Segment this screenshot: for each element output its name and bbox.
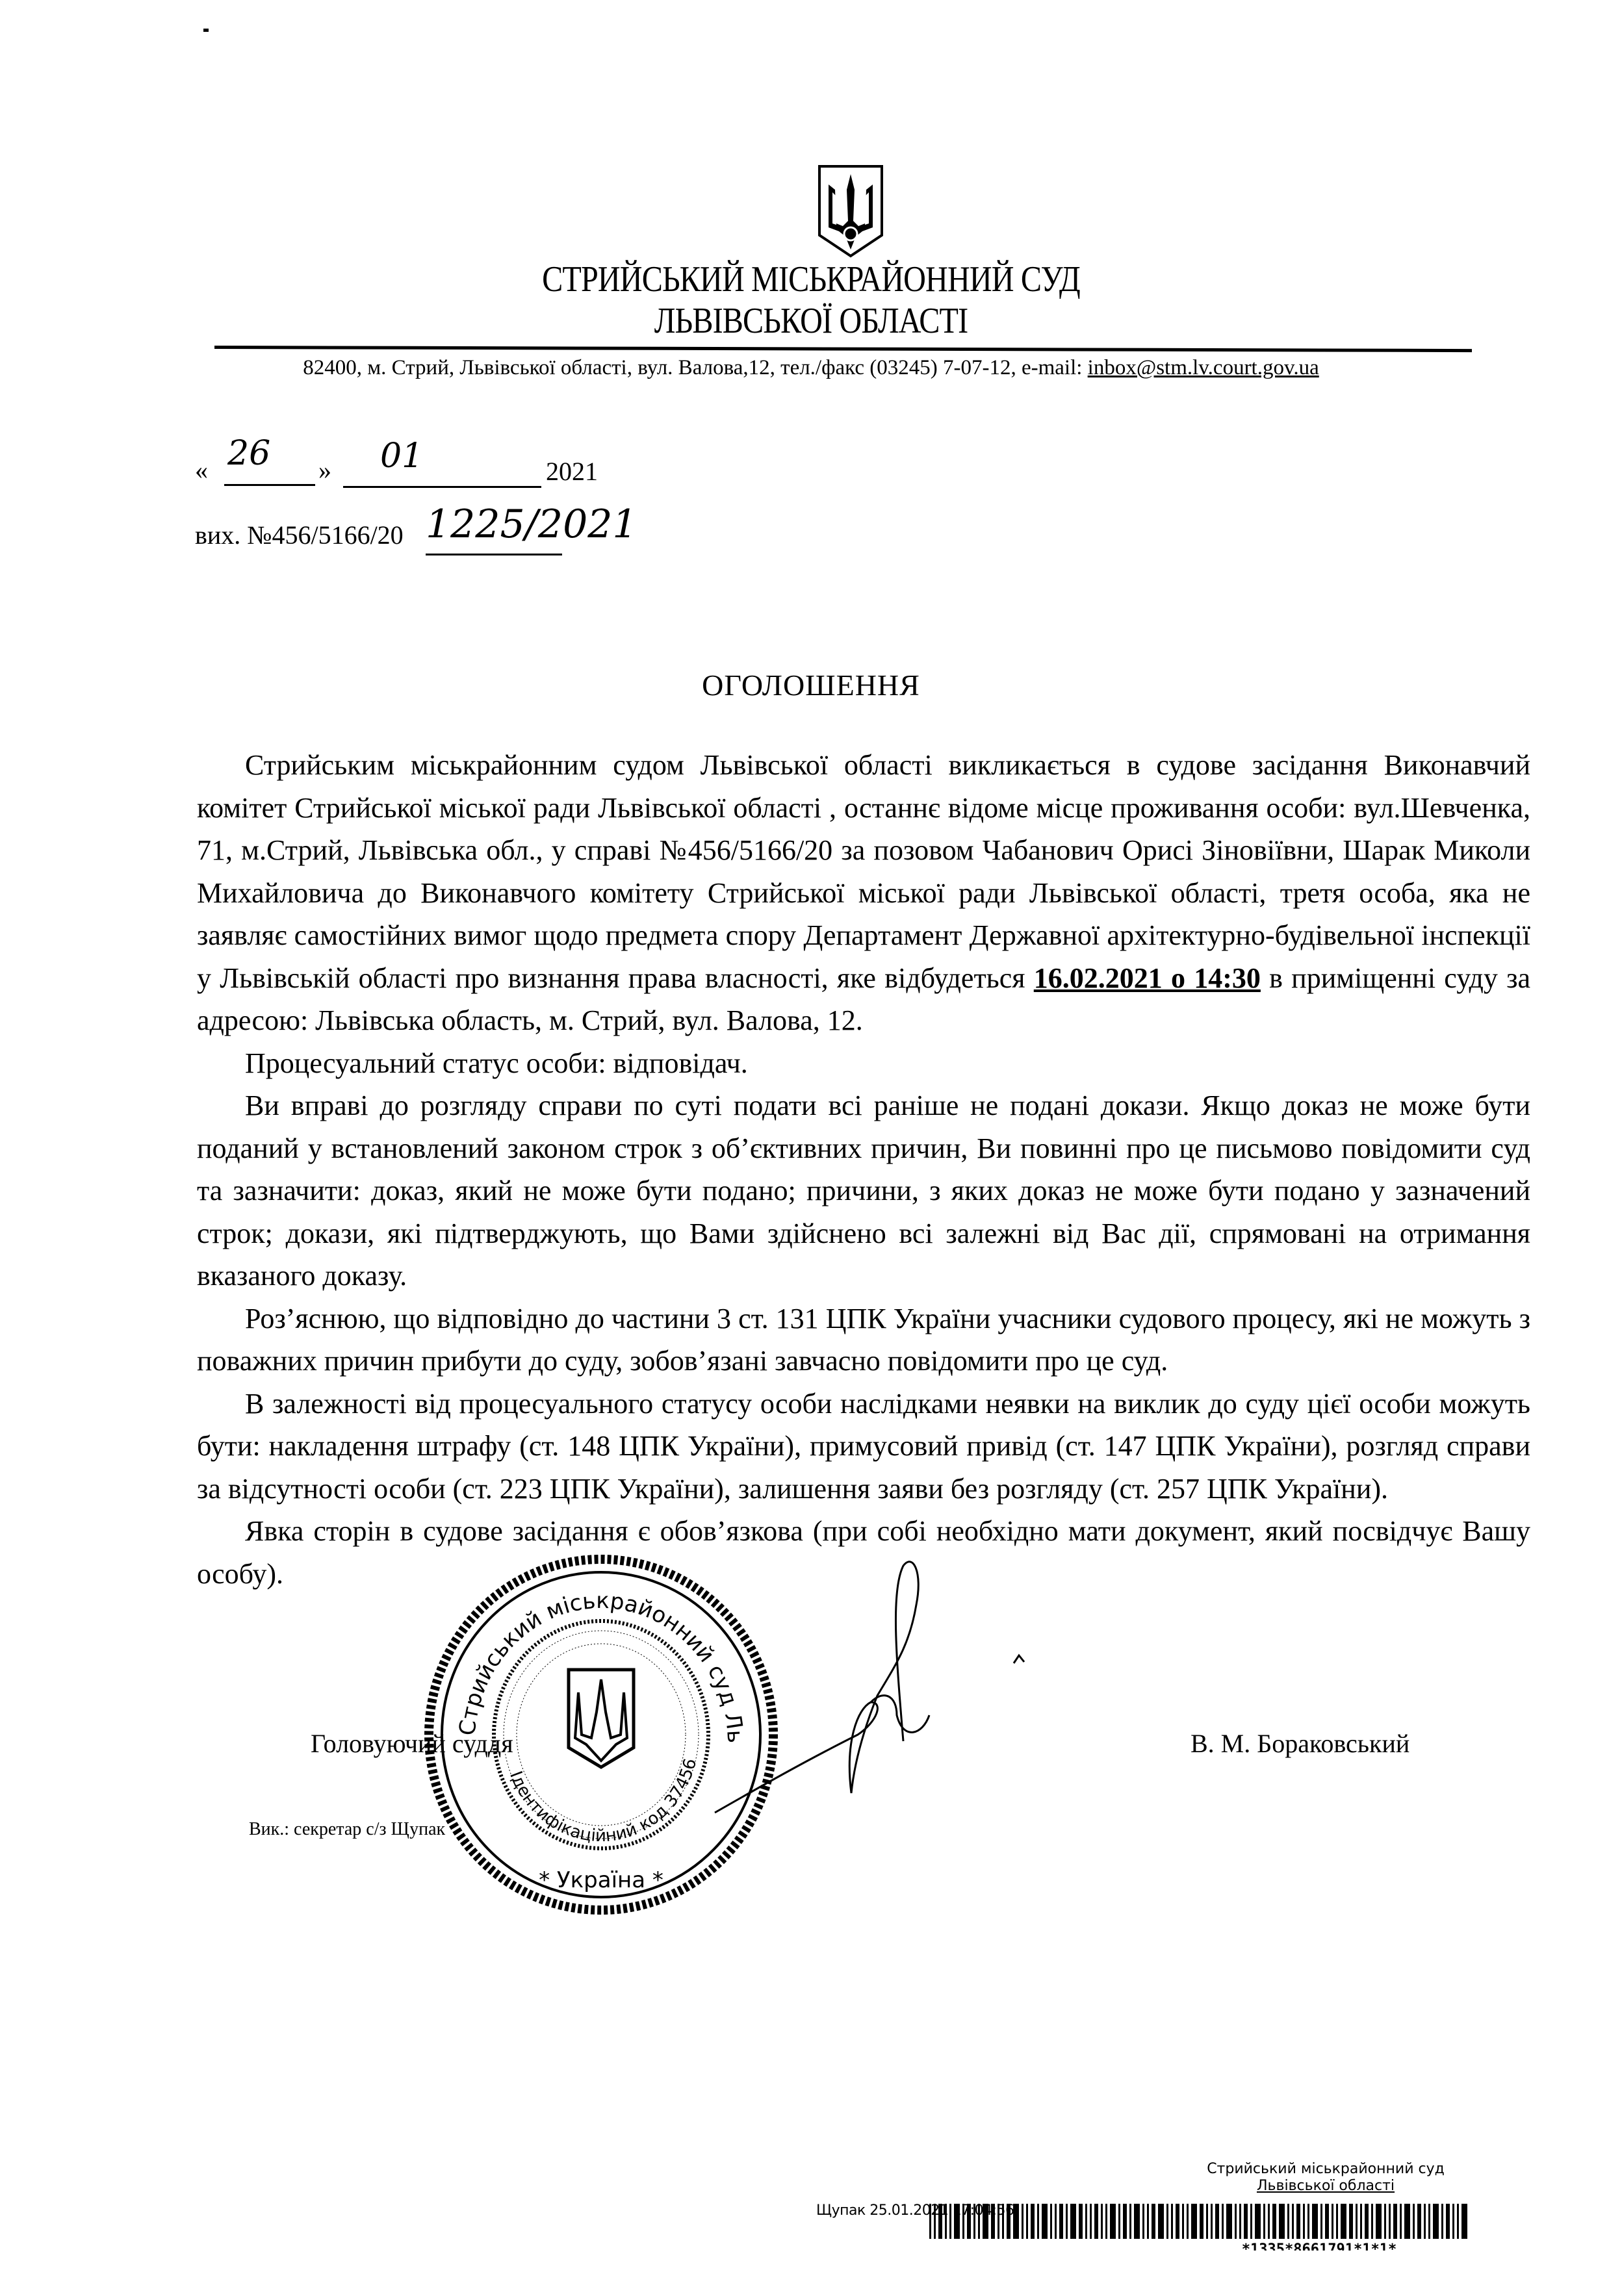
svg-text:Ідентифікаційний код 37456805: Ідентифікаційний код 37456805 bbox=[416, 1550, 701, 1846]
paragraph-consequences: В залежності від процесуального статусу … bbox=[197, 1383, 1530, 1511]
barcode-bar bbox=[1365, 2204, 1369, 2239]
barcode-bar bbox=[1371, 2204, 1373, 2239]
barcode-bar bbox=[1292, 2204, 1294, 2239]
barcode-bar bbox=[1059, 2204, 1063, 2239]
barcode-bar bbox=[1303, 2204, 1305, 2239]
handwritten-outgoing-number: 1225/2021 bbox=[426, 502, 637, 547]
barcode-bar bbox=[1134, 2204, 1140, 2239]
barcode-bar bbox=[1215, 2204, 1219, 2239]
barcode-bar bbox=[1349, 2204, 1353, 2239]
barcode-bar bbox=[945, 2204, 947, 2239]
barcode-bar bbox=[1325, 2204, 1329, 2239]
paragraph-status: Процесуальний статус особи: відповідач. bbox=[197, 1042, 1530, 1085]
barcode-bar bbox=[1147, 2204, 1149, 2239]
barcode-bar bbox=[1244, 2204, 1248, 2239]
barcode-bar bbox=[1118, 2204, 1120, 2239]
barcode-bar bbox=[1055, 2204, 1057, 2239]
barcode-bar bbox=[1142, 2204, 1144, 2239]
court-name-line1: СТРИЙСЬКИЙ МІСЬКРАЙОННИЙ СУД bbox=[114, 259, 1509, 300]
barcode-bar bbox=[1079, 2204, 1083, 2239]
barcode-bar bbox=[1105, 2204, 1107, 2239]
barcode-bar bbox=[1279, 2204, 1285, 2239]
barcode-bar bbox=[1013, 2204, 1019, 2239]
hearing-datetime: 16.02.2021 о 14:30 bbox=[1034, 962, 1261, 994]
barcode-bar bbox=[1070, 2204, 1076, 2239]
barcode-bar bbox=[991, 2204, 995, 2239]
barcode-bar bbox=[1461, 2204, 1467, 2239]
barcode-bar bbox=[1389, 2204, 1391, 2239]
barcode-bar bbox=[1211, 2204, 1213, 2239]
court-name-line2: ЛЬВІВСЬКОЇ ОБЛАСТІ bbox=[114, 300, 1509, 342]
barcode-bar bbox=[1400, 2204, 1402, 2239]
barcode-bar bbox=[1404, 2204, 1410, 2239]
open-quote: « bbox=[195, 455, 208, 485]
barcode-bar bbox=[1341, 2204, 1346, 2239]
barcode-bar bbox=[998, 2204, 999, 2239]
barcode-bar bbox=[1384, 2204, 1386, 2239]
barcode-bar bbox=[1085, 2204, 1087, 2239]
barcode-bar bbox=[1417, 2204, 1421, 2239]
barcode-bar bbox=[1452, 2204, 1454, 2239]
svg-text:* Україна *: * Україна * bbox=[539, 1867, 663, 1893]
barcode-bar bbox=[1428, 2204, 1430, 2239]
barcode-bar bbox=[1031, 2204, 1035, 2239]
barcode-bar bbox=[1050, 2204, 1052, 2239]
barcode-bar bbox=[1226, 2204, 1232, 2239]
barcode-bar bbox=[1307, 2204, 1309, 2239]
svg-text:Стрийський міськрайонний суд Л: Стрийський міськрайонний суд Львівської … bbox=[416, 1550, 748, 1744]
barcode-bar bbox=[1320, 2204, 1322, 2239]
barcode-bar bbox=[1171, 2204, 1173, 2239]
barcode-bar bbox=[1413, 2204, 1415, 2239]
barcode-bar bbox=[967, 2204, 971, 2239]
barcode-bar bbox=[1356, 2204, 1358, 2239]
barcode-bar bbox=[938, 2204, 942, 2239]
email-link[interactable]: inbox@stm.lv.court.gov.ua bbox=[1088, 356, 1319, 379]
barcode-number: *1335*8661791*1*1* bbox=[1157, 2241, 1482, 2251]
handwritten-signature bbox=[708, 1546, 1111, 1845]
barcode-bar bbox=[1191, 2204, 1197, 2239]
month-underline bbox=[343, 486, 541, 488]
barcode-bar bbox=[1206, 2204, 1208, 2239]
barcode-bar bbox=[962, 2204, 964, 2239]
paragraph-evidence: Ви вправі до розгляду справи по суті под… bbox=[197, 1084, 1530, 1297]
barcode-bar bbox=[1360, 2204, 1362, 2239]
barcode-bar bbox=[1182, 2204, 1184, 2239]
barcode-bar bbox=[1376, 2204, 1382, 2239]
barcode-bar bbox=[973, 2204, 975, 2239]
registration-barcode bbox=[929, 2204, 1514, 2239]
paragraph-explanation: Роз’яснюю, що відповідно до частини 3 ст… bbox=[197, 1297, 1530, 1383]
barcode-bar bbox=[1042, 2204, 1048, 2239]
barcode-bar bbox=[1235, 2204, 1237, 2239]
outgoing-number: вих. №456/5166/20 1225/2021 bbox=[195, 520, 780, 565]
barcode-bar bbox=[1296, 2204, 1300, 2239]
barcode-bar bbox=[1457, 2204, 1459, 2239]
document-title: ОГОЛОШЕННЯ bbox=[0, 668, 1622, 702]
scan-speck bbox=[203, 29, 209, 32]
summons-text: Стрийським міськрайонним судом Львівсько… bbox=[197, 749, 1530, 994]
barcode-bar bbox=[1129, 2204, 1131, 2239]
barcode-bar bbox=[1200, 2204, 1204, 2239]
barcode-bar bbox=[1176, 2204, 1179, 2239]
barcode-bar bbox=[1002, 2204, 1004, 2239]
registration-org: Стрийський міськрайонний суд Львівської … bbox=[1157, 2161, 1495, 2195]
barcode-bar bbox=[1007, 2204, 1011, 2239]
barcode-bar bbox=[1158, 2204, 1164, 2239]
barcode-bar bbox=[1268, 2204, 1270, 2239]
barcode-bar bbox=[1239, 2204, 1241, 2239]
barcode-bar bbox=[1187, 2204, 1189, 2239]
registration-org-line2: Львівської області bbox=[1157, 2178, 1495, 2195]
barcode-bar bbox=[1433, 2204, 1439, 2239]
barcode-bar bbox=[978, 2204, 980, 2239]
barcode-bar bbox=[1250, 2204, 1252, 2239]
barcode-bar bbox=[1166, 2204, 1168, 2239]
barcode-bar bbox=[929, 2204, 931, 2239]
outgoing-label: вих. №456/5166/20 bbox=[195, 520, 404, 550]
barcode-bar bbox=[1152, 2204, 1155, 2239]
barcode-bar bbox=[1393, 2204, 1397, 2239]
close-quote: » bbox=[318, 455, 331, 485]
barcode-bar bbox=[1332, 2204, 1333, 2239]
barcode-bar bbox=[1263, 2204, 1265, 2239]
barcode-bar bbox=[1110, 2204, 1116, 2239]
barcode-bar bbox=[1094, 2204, 1098, 2239]
barcode-bar bbox=[1037, 2204, 1039, 2239]
barcode-bar bbox=[1336, 2204, 1338, 2239]
barcode-bar bbox=[1424, 2204, 1426, 2239]
barcode-bar bbox=[983, 2204, 988, 2239]
registration-org-line1: Стрийський міськрайонний суд bbox=[1157, 2161, 1495, 2178]
barcode-bar bbox=[1441, 2204, 1443, 2239]
barcode-bar bbox=[1101, 2204, 1103, 2239]
barcode-bar bbox=[1222, 2204, 1224, 2239]
header-divider bbox=[214, 346, 1472, 352]
paragraph-summons: Стрийським міськрайонним судом Львівсько… bbox=[197, 744, 1530, 1042]
barcode-bar bbox=[1022, 2204, 1023, 2239]
barcode-bar bbox=[954, 2204, 960, 2239]
barcode-bar bbox=[1026, 2204, 1028, 2239]
barcode-bar bbox=[1066, 2204, 1068, 2239]
handwritten-day: 26 bbox=[227, 434, 270, 473]
barcode-bar bbox=[1287, 2204, 1289, 2239]
address-text: 82400, м. Стрий, Львівської області, вул… bbox=[303, 356, 1087, 379]
barcode-bar bbox=[1312, 2204, 1318, 2239]
barcode-bar bbox=[934, 2204, 936, 2239]
handwritten-month: 01 bbox=[380, 437, 423, 476]
document-date: « 26 » 01 2021 bbox=[195, 448, 650, 487]
day-underline bbox=[224, 484, 315, 486]
announcement-body: Стрийським міськрайонним судом Львівсько… bbox=[197, 744, 1530, 1595]
court-address: 82400, м. Стрий, Львівської області, вул… bbox=[0, 356, 1622, 380]
barcode-bar bbox=[1255, 2204, 1261, 2239]
barcode-bar bbox=[1123, 2204, 1127, 2239]
barcode-bar bbox=[949, 2204, 951, 2239]
barcode-bar bbox=[1446, 2204, 1450, 2239]
outgoing-underline bbox=[426, 554, 562, 555]
signatory-name: В. М. Бораковський bbox=[1191, 1728, 1410, 1759]
barcode-bar bbox=[1272, 2204, 1276, 2239]
year: 2021 bbox=[546, 456, 598, 487]
barcode-bar bbox=[1090, 2204, 1092, 2239]
trident-emblem-icon bbox=[817, 164, 884, 259]
